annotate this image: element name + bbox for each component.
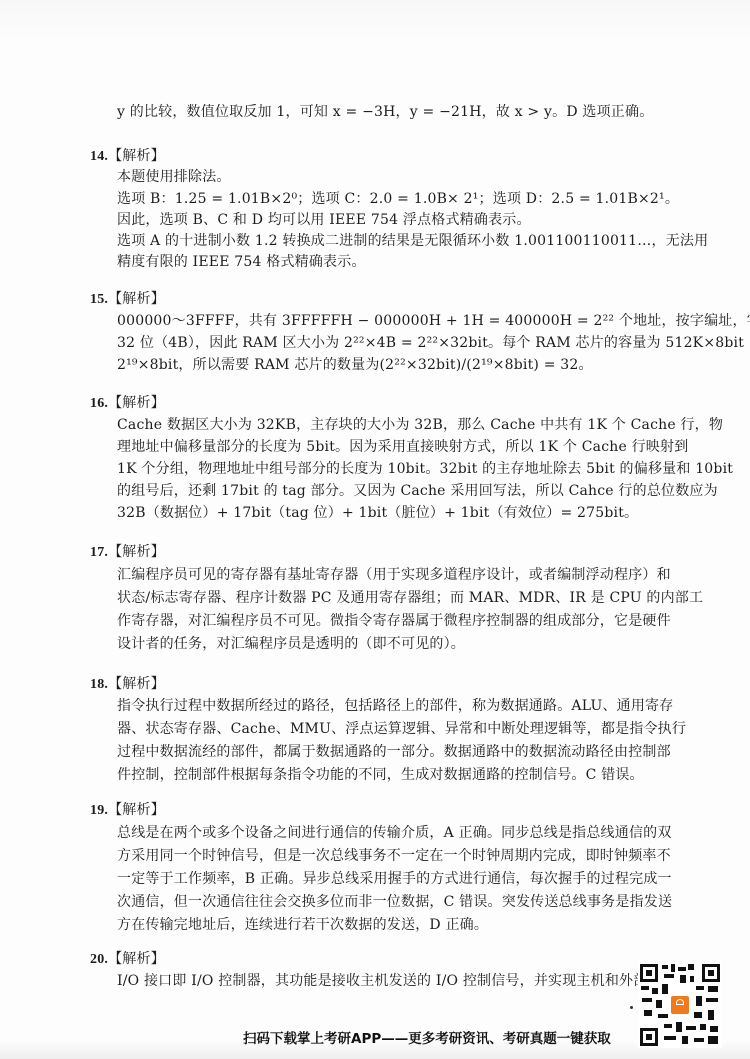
qr-finder xyxy=(702,964,720,982)
section-19-line: 方采用同一个时钟信号，但是一次总线事务不一定在一个时钟周期内完成，即时钟频率不 xyxy=(117,847,671,865)
section-tag: 【解析】 xyxy=(108,544,165,560)
footer-promo-text: 扫码下载掌上考研APP——更多考研资讯、考研真题一键获取 xyxy=(243,1027,611,1047)
app-logo-icon xyxy=(671,996,689,1014)
section-14-line: 选项 B：1.25 = 1.01B×2⁰；选项 C：2.0 = 1.0B× 2¹… xyxy=(117,190,679,208)
section-16-line: 的组号后，还剩 17bit 的 tag 部分。又因为 Cache 采用回写法，所… xyxy=(117,482,718,500)
section-17-line: 汇编程序员可见的寄存器有基址寄存器（用于实现多道程序设计，或者编制浮动程序）和 xyxy=(117,566,671,584)
section-number: 16. xyxy=(90,396,108,411)
section-16-line: 32B（数据位）+ 17bit（tag 位）+ 1bit（脏位）+ 1bit（有… xyxy=(117,504,638,522)
section-number: 20. xyxy=(90,952,108,967)
section-15-line: 32 位（4B），因此 RAM 区大小为 2²²×4B = 2²²×32bit。… xyxy=(117,334,750,352)
section-18-line: 过程中数据流经的部件，都属于数据通路的一部分。数据通路中的数据流动路径由控制部 xyxy=(117,743,671,761)
section-19-heading: 19.【解析】 xyxy=(90,801,165,820)
section-number: 17. xyxy=(90,545,108,560)
document-page: y 的比较，数值位取反加 1，可知 x = −3H，y = −21H，故 x >… xyxy=(0,0,750,1059)
section-tag: 【解析】 xyxy=(108,291,165,307)
qr-code-icon[interactable] xyxy=(638,962,722,1048)
section-14-line: 精度有限的 IEEE 754 格式精确表示。 xyxy=(117,253,366,271)
section-18-heading: 18.【解析】 xyxy=(90,675,165,694)
section-tag: 【解析】 xyxy=(108,802,165,818)
section-15-line: 2¹⁹×8bit，所以需要 RAM 芯片的数量为(2²²×32bit)/(2¹⁹… xyxy=(117,356,593,374)
section-tag: 【解析】 xyxy=(108,148,165,164)
qr-finder xyxy=(640,1028,658,1046)
section-number: 19. xyxy=(90,803,108,818)
section-17-line: 设计者的任务，对汇编程序员是透明的（即不可见的）。 xyxy=(117,635,465,653)
section-20-line: I/O 接口即 I/O 控制器，其功能是接收主机发送的 I/O 控制信号，并实现… xyxy=(117,972,647,990)
section-16-line: 理地址中偏移量部分的长度为 5bit。因为采用直接映射方式，所以 1K 个 Ca… xyxy=(117,438,688,456)
section-19-line: 方在传输完地址后，连续进行若干次数据的发送，D 正确。 xyxy=(117,916,488,934)
section-14-line: 选项 A 的十进制小数 1.2 转换成二进制的结果是无限循环小数 1.00110… xyxy=(117,232,708,250)
section-18-line: 指令执行过程中数据所经过的路径，包括路径上的部件，称为数据通路。ALU、通用寄存 xyxy=(117,697,673,715)
section-15-line: 000000～3FFFF，共有 3FFFFFH − 000000H + 1H =… xyxy=(117,312,750,330)
section-17-line: 作寄存器，对汇编程序员不可见。微指令寄存器属于微程序控制器的组成部分，它是硬件 xyxy=(117,612,671,630)
section-number: 18. xyxy=(90,677,108,692)
section-14-line: 因此，选项 B、C 和 D 均可以用 IEEE 754 浮点格式精确表示。 xyxy=(117,211,531,229)
section-number: 15. xyxy=(90,292,108,307)
section-18-line: 器、状态寄存器、Cache、MMU、浮点运算逻辑、异常和中断处理逻辑等，都是指令… xyxy=(117,720,686,738)
decorative-dot xyxy=(630,1006,633,1009)
section-16-line: 1K 个分组，物理地址中组号部分的长度为 10bit。32bit 的主存地址除去… xyxy=(117,460,733,478)
section-tag: 【解析】 xyxy=(108,395,165,411)
section-14-line: 本题使用排除法。 xyxy=(117,168,231,186)
section-17-heading: 17.【解析】 xyxy=(90,543,165,562)
section-14-heading: 14.【解析】 xyxy=(90,147,165,166)
section-16-heading: 16.【解析】 xyxy=(90,394,165,413)
qr-finder xyxy=(640,964,658,982)
section-19-line: 总线是在两个或多个设备之间进行通信的传输介质，A 正确。同步总线是指总线通信的双 xyxy=(117,824,672,842)
section-19-line: 次通信，但一次通信往往会交换多位而非一位数据，C 错误。突发传送总线事务是指发送 xyxy=(117,893,672,911)
section-17-line: 状态/标志寄存器、程序计数器 PC 及通用寄存器组；而 MAR、MDR、IR 是… xyxy=(117,589,703,607)
section-15-heading: 15.【解析】 xyxy=(90,290,165,309)
section-19-line: 一定等于工作频率，B 正确。异步总线采用握手的方式进行通信，每次握手的过程完成一 xyxy=(117,870,672,888)
section-16-line: Cache 数据区大小为 32KB，主存块的大小为 32B，那么 Cache 中… xyxy=(117,416,723,434)
section-20-heading: 20.【解析】 xyxy=(90,950,165,969)
section-18-line: 件控制，控制部件根据每条指令功能的不同，生成对数据通路的控制信号。C 错误。 xyxy=(117,766,644,784)
section-tag: 【解析】 xyxy=(108,951,165,967)
section-number: 14. xyxy=(90,149,108,164)
section-tag: 【解析】 xyxy=(108,676,165,692)
continuation-line: y 的比较，数值位取反加 1，可知 x = −3H，y = −21H，故 x >… xyxy=(117,103,653,121)
